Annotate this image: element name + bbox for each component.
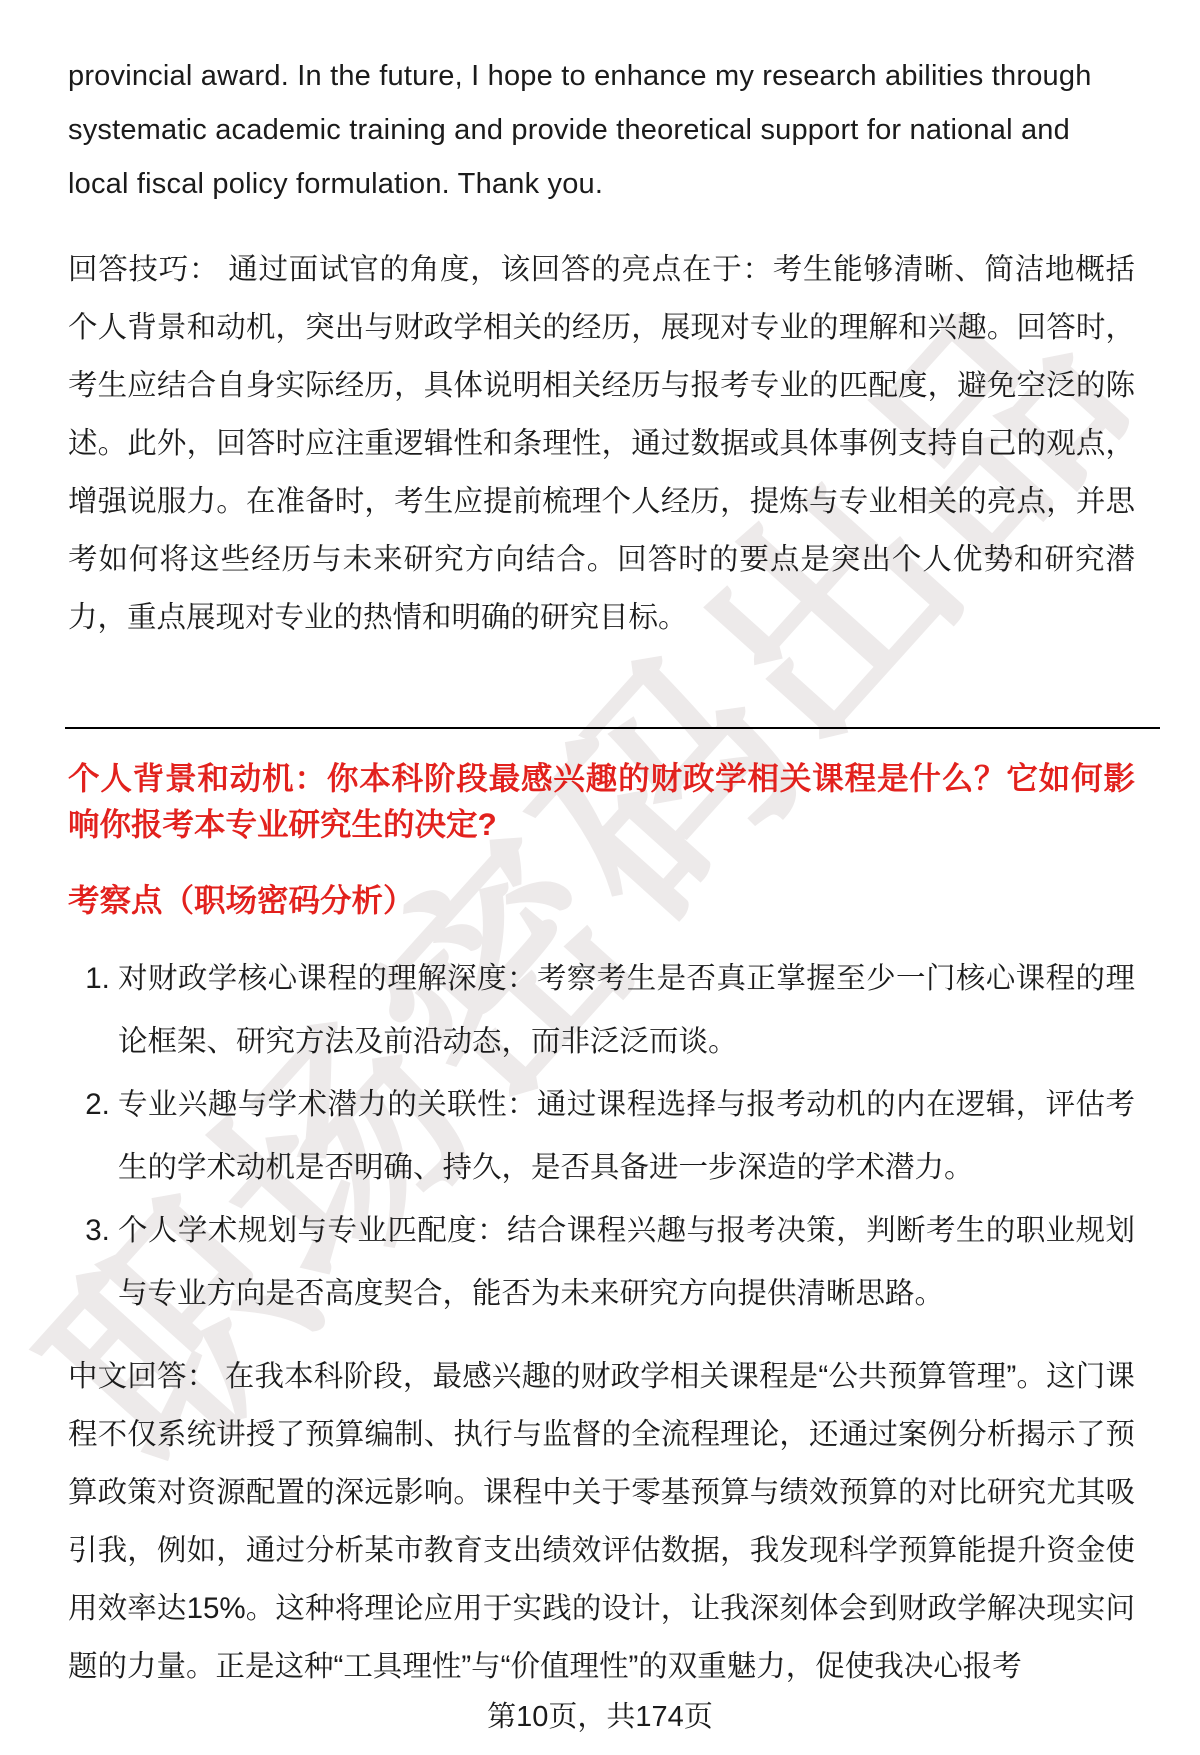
exam-point-item-2: 专业兴趣与学术潜力的关联性：通过课程选择与报考动机的内在逻辑，评估考生的学术动机… (118, 1073, 1135, 1199)
exam-point-item-3: 个人学术规划与专业匹配度：结合课程兴趣与报考决策，判断考生的职业规划与专业方向是… (118, 1199, 1135, 1325)
exam-points-list: 对财政学核心课程的理解深度：考察考生是否真正掌握至少一门核心课程的理论框架、研究… (68, 947, 1135, 1325)
answer-tips-paragraph: 回答技巧： 通过面试官的角度，该回答的亮点在于：考生能够清晰、简洁地概括个人背景… (68, 241, 1135, 647)
question-heading: 个人背景和动机：你本科阶段最感兴趣的财政学相关课程是什么？它如何影响你报考本专业… (68, 755, 1135, 847)
section-divider (65, 727, 1160, 729)
document-page: 职场密码出品 provincial award. In the future, … (0, 0, 1200, 1755)
document-content: provincial award. In the future, I hope … (0, 49, 1200, 1696)
page-number: 第10页，共174页 (0, 1694, 1200, 1735)
exam-points-heading: 考察点（职场密码分析） (68, 877, 1135, 923)
english-answer-paragraph: provincial award. In the future, I hope … (68, 49, 1135, 211)
exam-point-item-1: 对财政学核心课程的理解深度：考察考生是否真正掌握至少一门核心课程的理论框架、研究… (118, 947, 1135, 1073)
chinese-answer-paragraph: 中文回答： 在我本科阶段，最感兴趣的财政学相关课程是“公共预算管理”。这门课程不… (68, 1348, 1135, 1696)
